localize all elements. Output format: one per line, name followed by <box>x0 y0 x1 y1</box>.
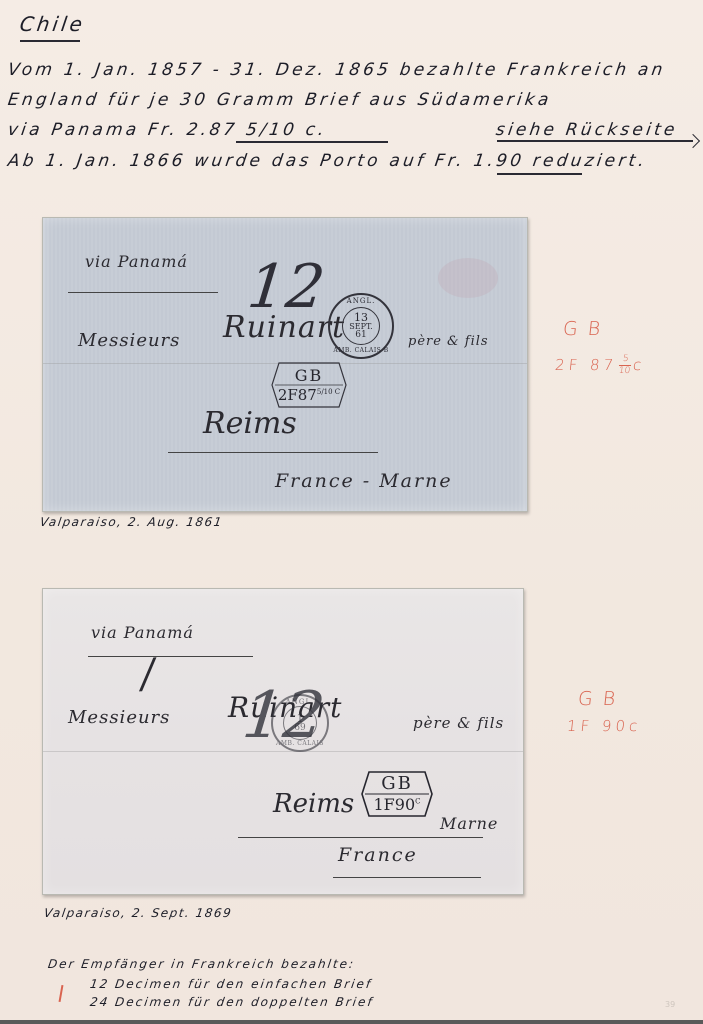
page-bottom-edge <box>0 1020 703 1024</box>
destination-country: France <box>338 844 418 866</box>
footnote-line-3: 24 Decimen für den doppelten Brief <box>89 995 375 1009</box>
gb-rate: 2F875/10 C <box>278 388 340 403</box>
rate-underline <box>236 141 388 143</box>
gb-label: GB <box>381 775 413 793</box>
addressee-suffix: père & fils <box>413 714 504 732</box>
cover-1-caption: Valparaiso, 2. Aug. 1861 <box>39 515 224 529</box>
intro-line-3-prefix: via Panama <box>7 120 150 140</box>
manuscript-stroke: / <box>139 651 156 698</box>
pencil-note-rate-2: 1F 90c <box>566 717 642 735</box>
destination-city: Reims <box>203 406 297 441</box>
intro-line-2: England für je 30 Gramm Brief aus Südame… <box>7 90 553 110</box>
datestamp-bottom: AMB. CALAIS B <box>333 348 388 354</box>
destination-country: France - Marne <box>275 470 453 492</box>
cover-2-caption: Valparaiso, 2. Sept. 1869 <box>43 906 233 920</box>
album-page: Chile Vom 1. Jan. 1857 - 31. Dez. 1865 b… <box>0 0 703 1024</box>
country-underline <box>333 877 481 878</box>
see-reverse-note: siehe Rückseite <box>495 120 679 140</box>
intro-line-4: Ab 1. Jan. 1866 wurde das Porto auf Fr. … <box>7 151 649 171</box>
destination-city: Reims <box>273 789 354 819</box>
city-underline <box>238 837 483 838</box>
gb-accountancy-mark: GB 1F90C <box>361 771 433 817</box>
route-endorsement: via Panamá <box>85 252 188 271</box>
intro-line-1: Vom 1. Jan. 1857 - 31. Dez. 1865 bezahlt… <box>7 60 667 80</box>
intro-line-4-suffix: reduziert. <box>523 151 649 171</box>
page-number: 39 <box>665 1000 675 1009</box>
addressee-suffix: père & fils <box>408 334 489 349</box>
destination-region: Marne <box>440 814 498 833</box>
salutation: Messieurs <box>68 707 170 728</box>
city-underline <box>168 452 378 453</box>
see-reverse-arrow-line <box>497 140 693 142</box>
route-endorsement: via Panamá <box>91 623 194 642</box>
route-underline <box>88 656 253 657</box>
cover-1861: via Panamá Messieurs Ruinart père & fils… <box>42 217 528 512</box>
intro-rate-1866: Fr. 1.90 <box>433 151 525 171</box>
arrow-right-icon <box>686 134 700 148</box>
datestamp-top: ANGL. <box>286 699 315 706</box>
route-underline <box>68 292 218 293</box>
intro-line-3: via Panama Fr. 2.87 5/10 c. <box>7 120 329 140</box>
manuscript-charge: 12 <box>244 252 328 322</box>
footnote-line-1: Der Empfänger in Frankreich bezahlte: <box>47 957 356 971</box>
red-pencil-mark <box>59 985 64 1002</box>
page-title: Chile <box>18 12 86 36</box>
gb-rate: 1F90C <box>374 797 421 813</box>
datestamp-top: ANGL. <box>347 298 376 305</box>
salutation: Messieurs <box>78 330 180 351</box>
pencil-note-gb-1: GB <box>562 318 611 340</box>
transit-datestamp: ANGL. 1 69 AMB. CALAIS <box>271 694 329 752</box>
pencil-note-gb-2: GB <box>577 688 626 710</box>
footnote-line-2: 12 Decimen für den einfachen Brief <box>89 977 373 991</box>
datestamp-bottom: AMB. CALAIS <box>276 741 324 747</box>
pencil-note-rate-1: 2F 87510c <box>554 355 646 376</box>
intro-rate-1861: Fr. 2.87 5/10 c. <box>147 120 329 140</box>
cover-1869: via Panamá / Messieurs Ruinart père & fi… <box>42 588 524 895</box>
intro-line-4-prefix: Ab 1. Jan. 1866 wurde das Porto auf <box>7 151 437 171</box>
rate-1866-underline <box>497 173 582 175</box>
title-underline <box>20 40 80 42</box>
gb-label: GB <box>295 368 324 384</box>
stain <box>438 258 498 298</box>
gb-accountancy-mark: GB 2F875/10 C <box>271 362 347 408</box>
transit-datestamp: ANGL. 13 SEPT. 61 AMB. CALAIS B <box>328 293 394 359</box>
